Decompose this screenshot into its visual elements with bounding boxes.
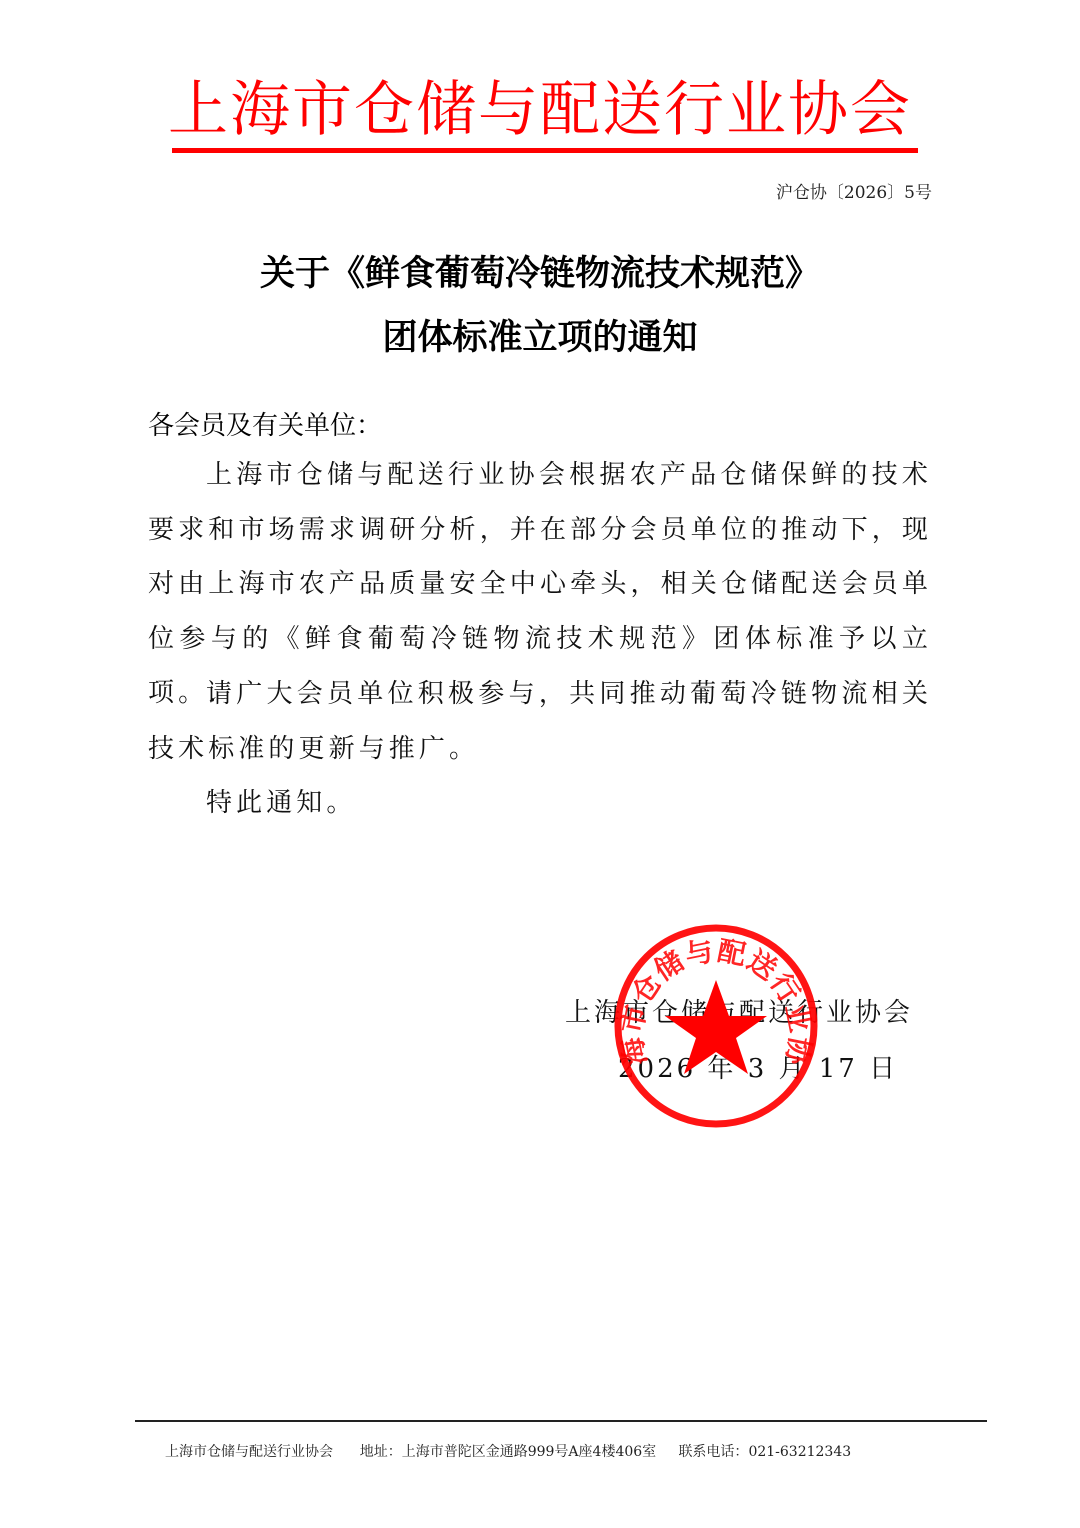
body-paragraph-2: 请广大会员单位积极参与，共同推动葡萄冷链物流相关技术标准的更新与推广。 [148,667,932,776]
document-number: 沪仓协〔2026〕5号 [776,178,932,203]
footer-address-label: 地址： [360,1444,402,1460]
footer-rule [135,1420,987,1422]
letterhead-title: 上海市仓储与配送行业协会 [0,72,1080,148]
letterhead-red-rule [172,148,918,153]
footer-organization: 上海市仓储与配送行业协会 [165,1444,333,1460]
document-title-line2: 团体标准立项的通知 [0,310,1080,360]
signature-date: 2026 年 3 月 17 日 [618,1048,898,1085]
footer: 上海市仓储与配送行业协会 地址：上海市普陀区金通路999号A座4楼406室 联系… [165,1441,851,1461]
body-paragraph-3: 特此通知。 [148,776,932,831]
footer-phone: 021-63212343 [748,1444,851,1460]
salutation: 各会员及有关单位： [148,405,382,442]
document-title-line1: 关于《鲜食葡萄冷链物流技术规范》 [0,246,1080,296]
footer-address: 上海市普陀区金通路999号A座4楼406室 [402,1444,656,1460]
footer-phone-label: 联系电话： [678,1444,748,1460]
signature-organization: 上海市仓储与配送行业协会 [565,992,913,1029]
